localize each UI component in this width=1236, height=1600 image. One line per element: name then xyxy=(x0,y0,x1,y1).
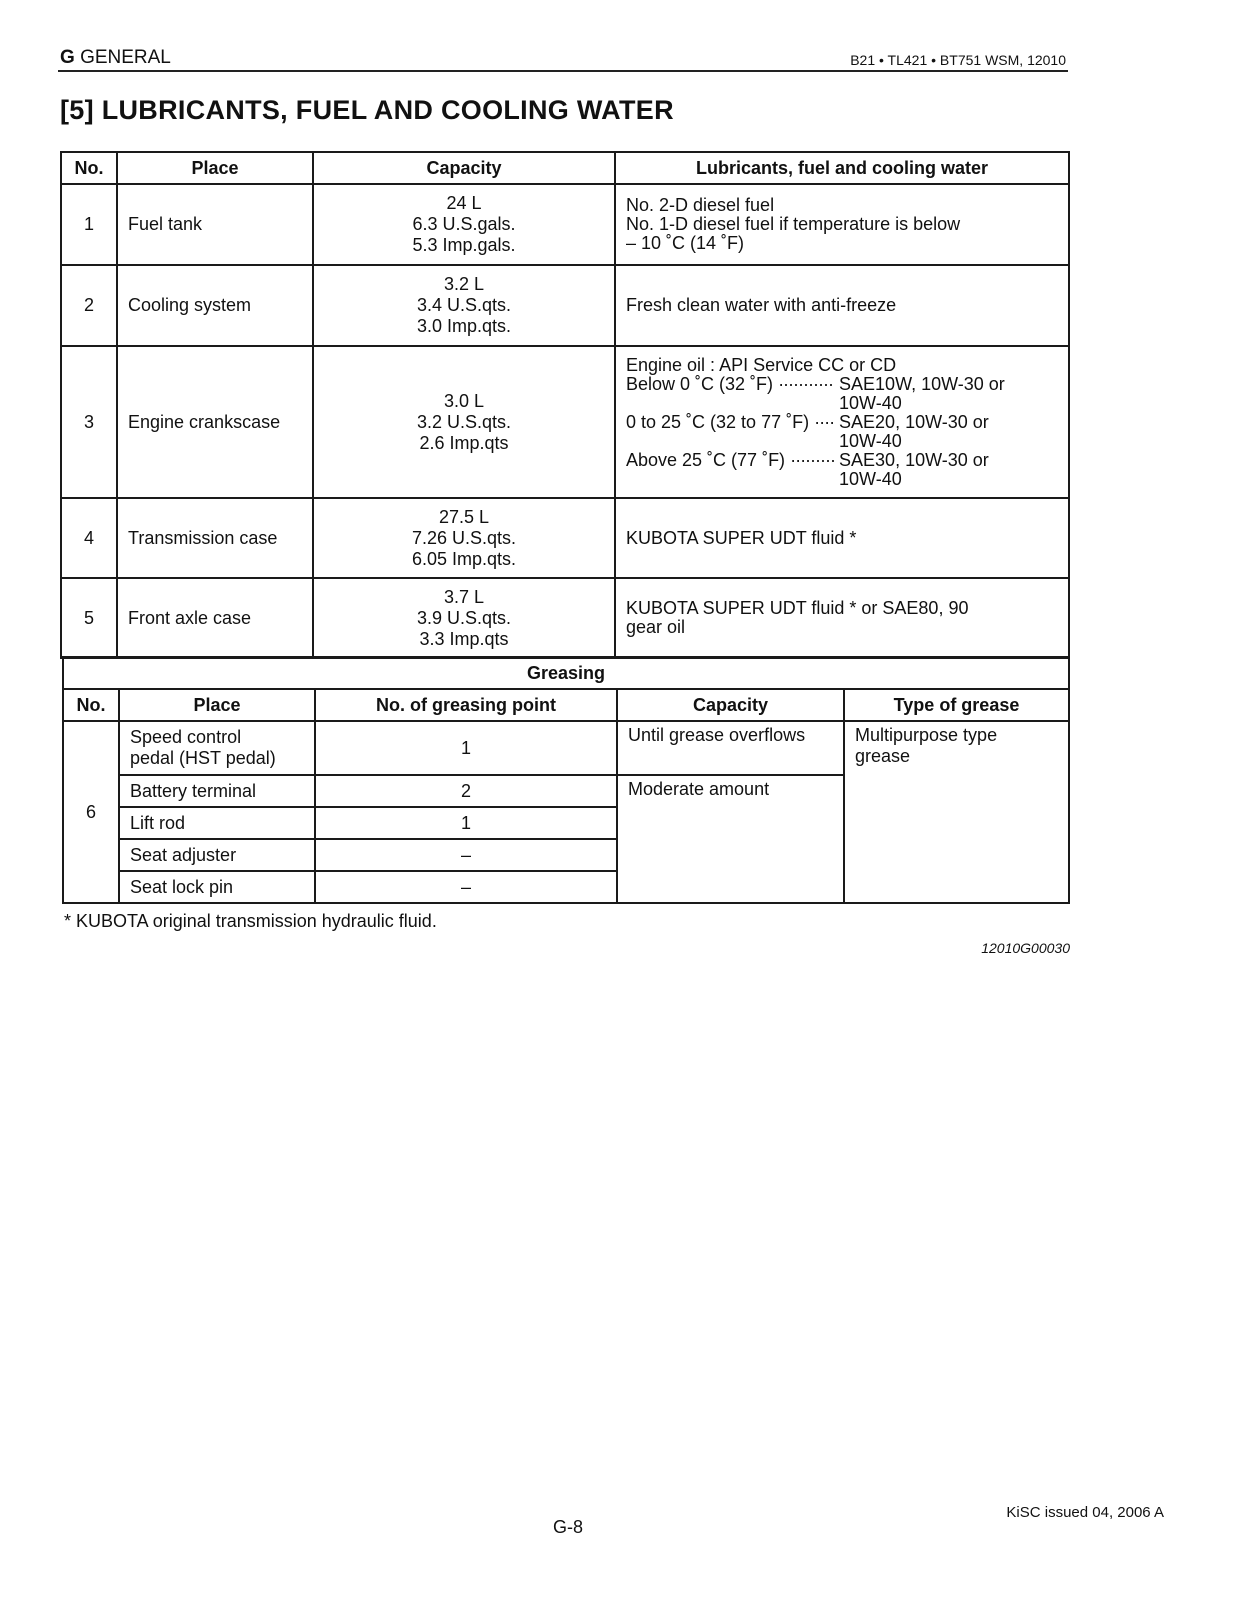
greasing-points: – xyxy=(315,871,617,903)
page-title: [5] LUBRICANTS, FUEL AND COOLING WATER xyxy=(60,95,674,126)
oil-condition: 0 to 25 ˚C (32 to 77 ˚F) ···· xyxy=(626,413,835,451)
row-place: Transmission case xyxy=(117,498,313,578)
row-place: Cooling system xyxy=(117,265,313,346)
greasing-points: 1 xyxy=(315,721,617,775)
header-capacity: Capacity xyxy=(313,152,615,184)
row-lubricant: KUBOTA SUPER UDT fluid * or SAE80, 90 ge… xyxy=(615,578,1069,658)
header-points: No. of greasing point xyxy=(315,689,617,721)
greasing-points: – xyxy=(315,839,617,871)
greasing-place: Speed control pedal (HST pedal) xyxy=(119,721,315,775)
oil-grade: SAE10W, 10W-30 or 10W-40 xyxy=(839,375,1058,413)
oil-grade: SAE20, 10W-30 or 10W-40 xyxy=(839,413,1058,451)
greasing-place: Lift rod xyxy=(119,807,315,839)
table-row: 5 Front axle case 3.7 L 3.9 U.S.qts. 3.3… xyxy=(61,578,1069,658)
table-row: 3 Engine crankscase 3.0 L 3.2 U.S.qts. 2… xyxy=(61,346,1069,498)
row-place: Front axle case xyxy=(117,578,313,658)
oil-condition: Above 25 ˚C (77 ˚F) ········· xyxy=(626,451,835,489)
header-grease-type: Type of grease xyxy=(844,689,1069,721)
greasing-points: 2 xyxy=(315,775,617,807)
table-row: 1 Fuel tank 24 L 6.3 U.S.gals. 5.3 Imp.g… xyxy=(61,184,1069,265)
table-row: 4 Transmission case 27.5 L 7.26 U.S.qts.… xyxy=(61,498,1069,578)
row-capacity: 27.5 L 7.26 U.S.qts. 6.05 Imp.qts. xyxy=(313,498,615,578)
greasing-table: Greasing No. Place No. of greasing point… xyxy=(62,656,1070,904)
greasing-place: Battery terminal xyxy=(119,775,315,807)
row-capacity: 24 L 6.3 U.S.gals. 5.3 Imp.gals. xyxy=(313,184,615,265)
section-header: G GENERAL xyxy=(60,47,171,69)
table-header-row: No. Place Capacity Lubricants, fuel and … xyxy=(61,152,1069,184)
greasing-capacity: Until grease overflows xyxy=(617,721,844,775)
figure-code: 12010G00030 xyxy=(981,940,1070,956)
greasing-header-row: No. Place No. of greasing point Capacity… xyxy=(63,689,1069,721)
row-no: 2 xyxy=(61,265,117,346)
section-letter: G xyxy=(60,47,75,68)
greasing-section-row: Greasing xyxy=(63,657,1069,689)
oil-condition: Below 0 ˚C (32 ˚F) ··········· xyxy=(626,375,835,413)
greasing-points: 1 xyxy=(315,807,617,839)
manual-reference: B21 • TL421 • BT751 WSM, 12010 xyxy=(850,52,1066,68)
grease-type: Multipurpose type grease xyxy=(844,721,1069,903)
header-no: No. xyxy=(63,689,119,721)
row-no: 3 xyxy=(61,346,117,498)
header-no: No. xyxy=(61,152,117,184)
group-no: 6 xyxy=(63,721,119,903)
header-place: Place xyxy=(119,689,315,721)
greasing-title: Greasing xyxy=(63,657,1069,689)
row-capacity: 3.7 L 3.9 U.S.qts. 3.3 Imp.qts xyxy=(313,578,615,658)
section-name: GENERAL xyxy=(80,47,171,68)
lubricants-table: No. Place Capacity Lubricants, fuel and … xyxy=(60,151,1070,659)
header-divider xyxy=(58,70,1068,72)
row-lubricant: Fresh clean water with anti-freeze xyxy=(615,265,1069,346)
row-no: 5 xyxy=(61,578,117,658)
row-lubricant: KUBOTA SUPER UDT fluid * xyxy=(615,498,1069,578)
row-lubricant: No. 2-D diesel fuel No. 1-D diesel fuel … xyxy=(615,184,1069,265)
row-no: 1 xyxy=(61,184,117,265)
row-capacity: 3.2 L 3.4 U.S.qts. 3.0 Imp.qts. xyxy=(313,265,615,346)
issue-info: KiSC issued 04, 2006 A xyxy=(1006,1504,1164,1521)
oil-grade: SAE30, 10W-30 or 10W-40 xyxy=(839,451,1058,489)
row-capacity: 3.0 L 3.2 U.S.qts. 2.6 Imp.qts xyxy=(313,346,615,498)
header-lubricants: Lubricants, fuel and cooling water xyxy=(615,152,1069,184)
page-number: G-8 xyxy=(553,1517,583,1538)
row-place: Engine crankscase xyxy=(117,346,313,498)
oil-intro: Engine oil : API Service CC or CD xyxy=(626,356,1058,375)
greasing-place: Seat lock pin xyxy=(119,871,315,903)
row-lubricant: Engine oil : API Service CC or CD Below … xyxy=(615,346,1069,498)
greasing-place: Seat adjuster xyxy=(119,839,315,871)
greasing-row: 6 Speed control pedal (HST pedal) 1 Unti… xyxy=(63,721,1069,775)
header-place: Place xyxy=(117,152,313,184)
header-capacity: Capacity xyxy=(617,689,844,721)
oil-grade-list: Engine oil : API Service CC or CD Below … xyxy=(626,356,1058,489)
greasing-capacity: Moderate amount xyxy=(617,775,844,903)
footnote: * KUBOTA original transmission hydraulic… xyxy=(64,911,437,932)
row-place: Fuel tank xyxy=(117,184,313,265)
table-row: 2 Cooling system 3.2 L 3.4 U.S.qts. 3.0 … xyxy=(61,265,1069,346)
row-no: 4 xyxy=(61,498,117,578)
